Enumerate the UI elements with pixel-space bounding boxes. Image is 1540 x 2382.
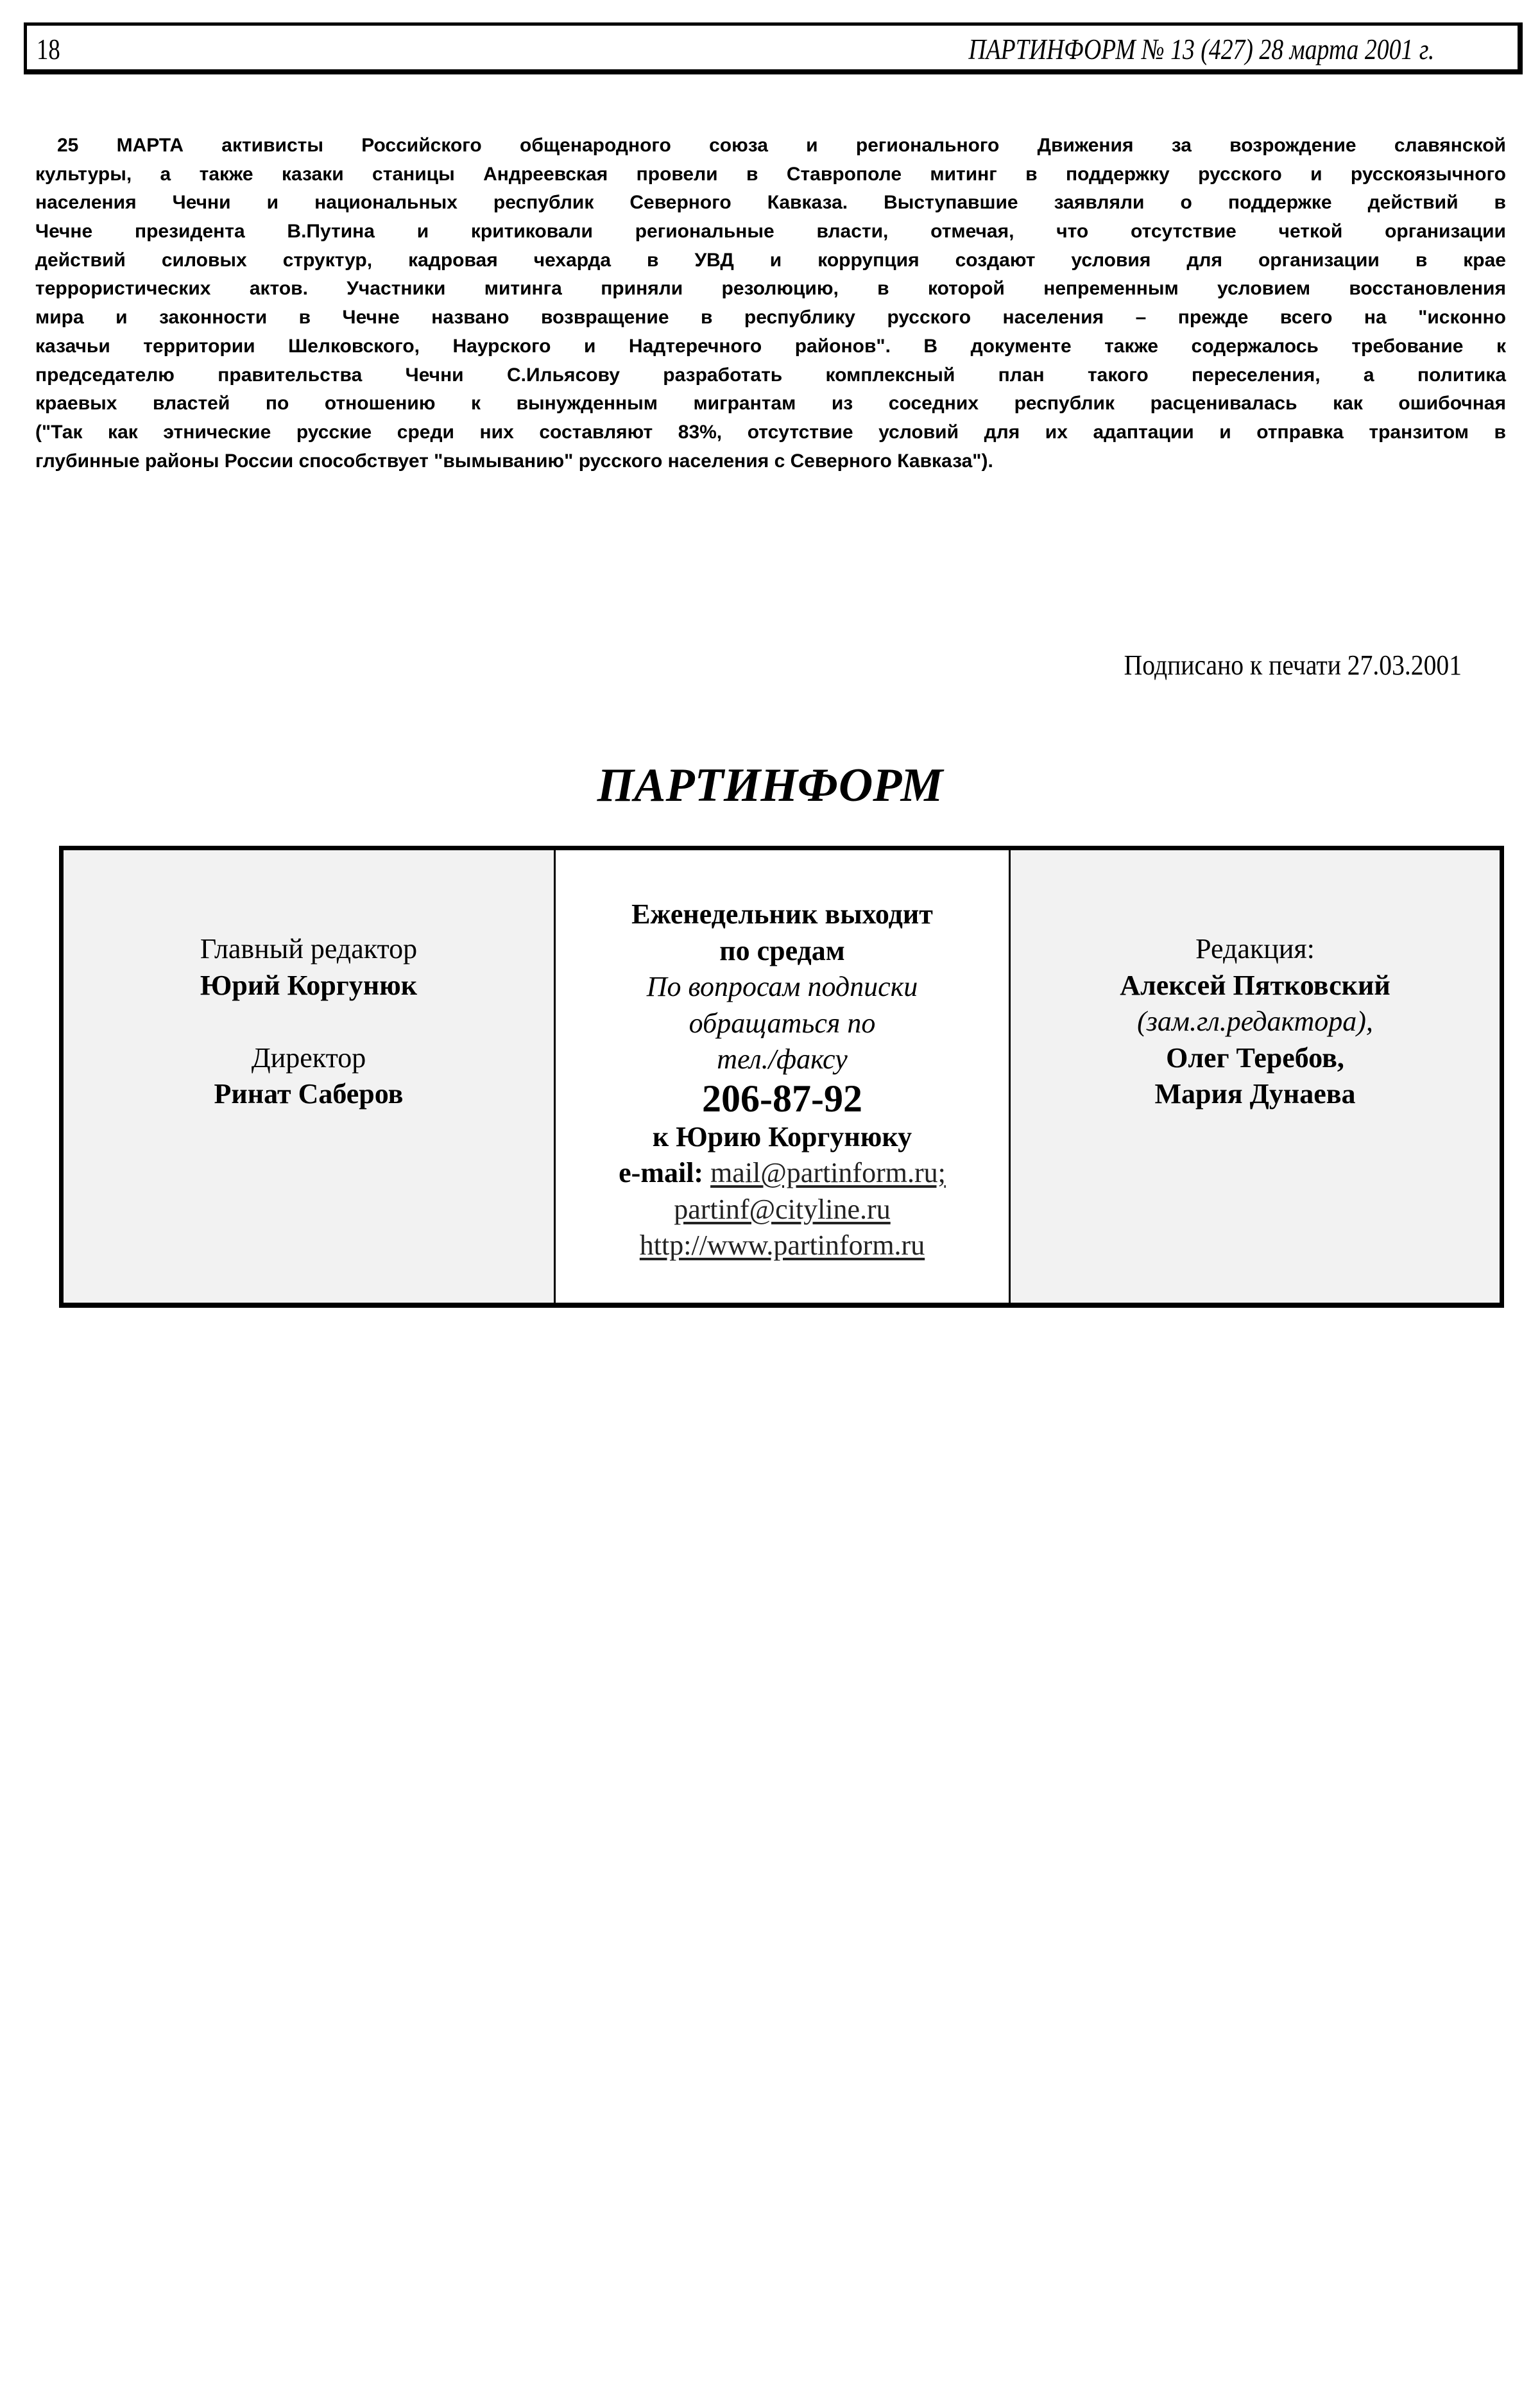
masthead-column-staff: Редакция: Алексей Пятковский (зам.гл.ред… <box>1011 850 1500 1303</box>
spacer <box>64 1004 554 1040</box>
editor-name: Юрий Коргунюк <box>64 968 554 1004</box>
page-number: 18 <box>37 35 60 64</box>
website-link[interactable]: http://www.partinform.ru <box>640 1230 925 1261</box>
subscription-line: По вопросам подписки <box>556 969 1009 1006</box>
masthead-column-management: Главный редактор Юрий Коргунюк Директор … <box>64 850 556 1303</box>
article-line: казачьи территории Шелковского, Наурског… <box>35 332 1506 361</box>
article-line: действий силовых структур, кадровая чеха… <box>35 246 1506 275</box>
article-line: краевых властей по отношению к вынужденн… <box>35 390 1506 418</box>
article-line: террористических актов. Участники митинг… <box>35 275 1506 304</box>
editor-role: Главный редактор <box>64 931 554 968</box>
email-label: e-mail: <box>619 1157 703 1188</box>
director-name: Ринат Саберов <box>64 1076 554 1113</box>
schedule-line: Еженедельник выходит <box>556 896 1009 933</box>
issue-info: ПАРТИНФОРМ № 13 (427) 28 марта 2001 г. <box>968 35 1434 64</box>
staff-name: Олег Теребов, <box>1011 1040 1500 1077</box>
contact-person: к Юрию Коргунюку <box>556 1119 1009 1156</box>
article-line: культуры, а также казаки станицы Андреев… <box>35 160 1506 189</box>
staff-name: Алексей Пятковский <box>1011 968 1500 1004</box>
email-link-2[interactable]: partinf@cityline.ru <box>674 1194 890 1225</box>
masthead-column-contacts: Еженедельник выходит по средам По вопрос… <box>556 850 1011 1303</box>
email-link-1[interactable]: mail@partinform.ru; <box>710 1157 946 1188</box>
staff-label: Редакция: <box>1011 931 1500 968</box>
schedule-line: по средам <box>556 933 1009 970</box>
website-row: http://www.partinform.ru <box>556 1228 1009 1264</box>
article-line: глубинные районы России способствует "вы… <box>35 447 1506 476</box>
article-line: председателю правительства Чечни С.Ильяс… <box>35 361 1506 390</box>
article-line: ("Так как этнические русские среди них с… <box>35 418 1506 447</box>
director-role: Директор <box>64 1040 554 1077</box>
subscription-line: обращаться по <box>556 1006 1009 1042</box>
email-row: e-mail: mail@partinform.ru; <box>556 1155 1009 1192</box>
article-line: 25 МАРТА активисты Российского общенарод… <box>35 132 1506 160</box>
article-line: мира и законности в Чечне названо возвра… <box>35 304 1506 332</box>
staff-name: Мария Дунаева <box>1011 1076 1500 1113</box>
signed-for-print: Подписано к печати 27.03.2001 <box>1092 649 1462 681</box>
page-header: 18 ПАРТИНФОРМ № 13 (427) 28 марта 2001 г… <box>24 22 1523 74</box>
masthead-title: ПАРТИНФОРМ <box>0 760 1540 811</box>
subscription-line: тел./факсу <box>556 1041 1009 1078</box>
email-row-2: partinf@cityline.ru <box>556 1192 1009 1228</box>
masthead-box: Главный редактор Юрий Коргунюк Директор … <box>59 846 1504 1308</box>
phone-number: 206-87-92 <box>556 1078 1009 1119</box>
article-line: населения Чечни и национальных республик… <box>35 189 1506 218</box>
article-line: Чечне президента В.Путина и критиковали … <box>35 218 1506 246</box>
staff-role: (зам.гл.редактора), <box>1011 1004 1500 1040</box>
news-article: 25 МАРТА активисты Российского общенарод… <box>35 132 1506 476</box>
